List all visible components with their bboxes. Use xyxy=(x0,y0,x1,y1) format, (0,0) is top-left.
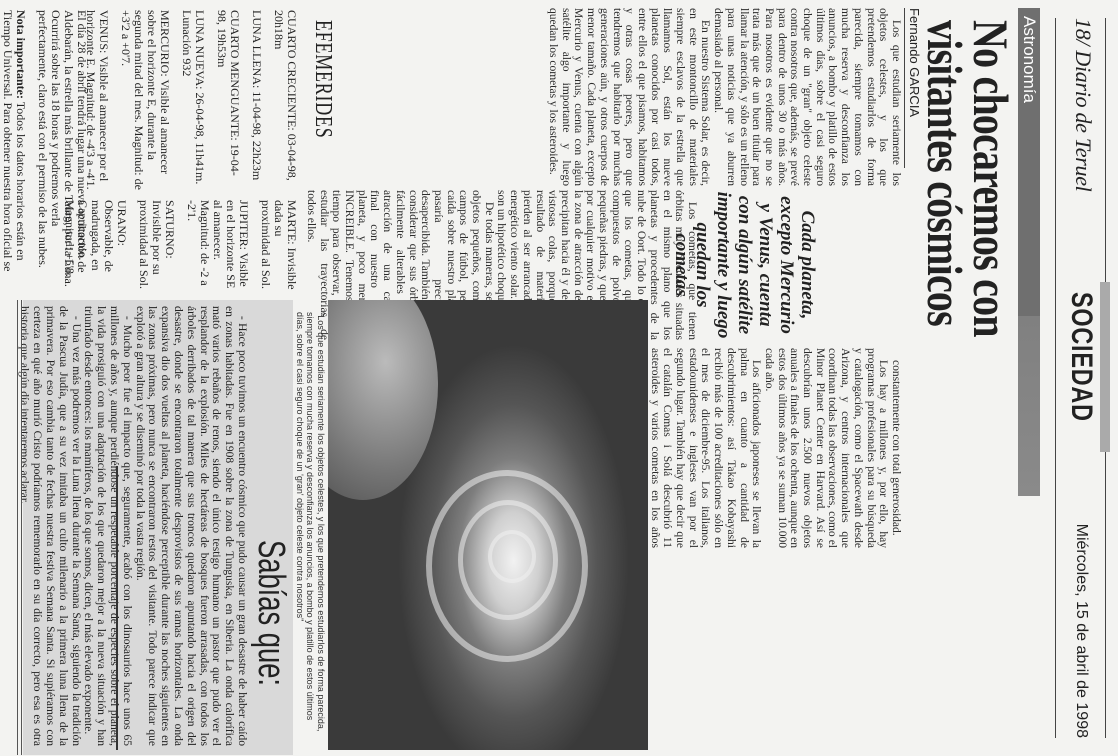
asteroid-shape xyxy=(328,300,438,500)
paragraph: - Hace poco tuvimos un encuentro cósmico… xyxy=(133,306,248,746)
paragraph: En nuestro Sistema Solar, es decir, en e… xyxy=(546,8,711,186)
header-bottom-rule xyxy=(1055,18,1056,738)
section-name: SOCIEDAD xyxy=(1064,292,1098,422)
headline: No chocaremos con visitantes cósmicos xyxy=(922,20,1014,420)
efemerides-planets: MARTE: Invisible dada su proximidad al S… xyxy=(54,200,298,292)
moon-phase: LUNA NUEVA: 26-04-98, 11h41m. Lunación 9… xyxy=(180,10,206,190)
moon-phase: CUARTO MENGUANTE: 19-04-98, 19h53m xyxy=(215,10,241,190)
efemerides-notes: El día 28 de abril tendrá lugar una nuev… xyxy=(0,10,88,290)
section-bar xyxy=(1100,282,1110,452)
planet-entry: JUPITER: Visible en el horizonte SE al a… xyxy=(185,200,250,292)
paper-name: 18/ Diario de Teruel xyxy=(1070,18,1096,191)
sabias-que-title: Sabías que: xyxy=(249,540,292,686)
note: El día 28 de abril tendrá lugar una nuev… xyxy=(36,10,88,290)
planet-entry: MARTE: Invisible dada su proximidad al S… xyxy=(259,200,298,292)
planet-entry: MERCURIO: Visible al amanecer sobre el h… xyxy=(119,10,171,190)
sabias-que-body: - Hace poco tuvimos un encuentro cósmico… xyxy=(18,306,248,746)
important-note: Nota importante: Todos los datos horario… xyxy=(0,10,27,290)
sabias-que-bottom-rule xyxy=(17,300,22,755)
note-label: Nota importante: xyxy=(14,10,28,99)
paragraph: Los que estudian seriamente los objetos … xyxy=(711,8,902,186)
paragraph: - Una vez más podremos ver la Luna llena… xyxy=(18,306,82,746)
headline-line-2: visitantes cósmicos xyxy=(922,20,968,420)
paragraph: constantemente con total generosidad. xyxy=(889,348,902,548)
efemerides-title: EFEMERIDES xyxy=(309,20,336,139)
moon-phase: LUNA LLENA: 11-04-98, 22h23m xyxy=(250,10,263,190)
newspaper-page: 18/ Diario de Teruel SOCIEDAD Miércoles,… xyxy=(0,0,1118,756)
comet-illustration xyxy=(328,300,648,750)
photo-caption: "Los que estudian seriamente los objetos… xyxy=(295,312,327,742)
efemerides-moon-phases: CUARTO CRECIENTE: 03-04-98, 20h18m LUNA … xyxy=(75,10,298,190)
moon-phase: CUARTO CRECIENTE: 03-04-98, 20h18m xyxy=(272,10,298,190)
swirl-decoration xyxy=(488,530,536,583)
kicker-astronomia: Astronomía xyxy=(1018,8,1040,316)
publication-date: Miércoles, 15 de abril de 1998 xyxy=(1072,524,1090,738)
article-column-1: Los que estudian seriamente los objetos … xyxy=(546,8,902,186)
planet-entry: SATURNO: Invisible por su proximidad al … xyxy=(137,200,176,292)
byline: Fernando GARCIA xyxy=(904,8,922,168)
paragraph: - Mucho peor fue el impacto que, seguram… xyxy=(82,306,133,746)
headline-line-1: No chocaremos con xyxy=(968,20,1014,420)
paragraph: Los hay a millones y, por ello, hay prog… xyxy=(762,348,889,548)
